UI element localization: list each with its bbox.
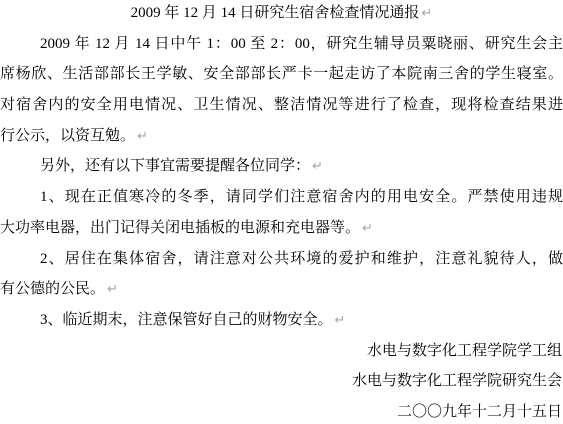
paragraph-mark: ↵ xyxy=(135,129,148,144)
document-title: 2009 年 12 月 14 日研究生宿舍检查情况通报↵ xyxy=(0,0,563,29)
body-text: 2009 年 12 月 14 日中午 1：00 至 2：00，研究生辅导员粟晓丽… xyxy=(40,36,563,52)
body-text: 大功率电器，出门记得关闭电插板的电源和充电器等。 xyxy=(0,220,360,236)
paragraph-mark: ↵ xyxy=(310,159,323,174)
signature-line-graduate-union: 水电与数字化工程学院研究生会 xyxy=(0,366,563,397)
date-text: 二〇〇九年十二月十五日 xyxy=(397,404,562,420)
body-line: 另外，还有以下事宜需要提醒各位同学：↵ xyxy=(0,151,563,182)
paragraph-mark: ↵ xyxy=(360,221,373,236)
body-line: 席杨欣、生活部部长王学敏、安全部部长严卡一起走访了本院南三舍的学生寝室。 xyxy=(0,59,563,90)
paragraph-mark: ↵ xyxy=(105,282,118,297)
list-item-3-line: 3、临近期末，注意保管好自己的财物安全。↵ xyxy=(0,305,563,336)
paragraph-mark: ↵ xyxy=(419,6,432,21)
title-text: 2009 年 12 月 14 日研究生宿舍检查情况通报 xyxy=(131,5,420,21)
body-text: 席杨欣、生活部部长王学敏、安全部部长严卡一起走访了本院南三舍的学生寝室。 xyxy=(0,66,563,82)
body-text: 另外，还有以下事宜需要提醒各位同学： xyxy=(40,158,310,174)
paragraph-mark: ↵ xyxy=(333,313,346,328)
body-line: 2009 年 12 月 14 日中午 1：00 至 2：00，研究生辅导员粟晓丽… xyxy=(0,29,563,60)
signature-text: 水电与数字化工程学院研究生会 xyxy=(352,373,562,389)
body-text: 行公示，以资互勉。 xyxy=(0,128,135,144)
list-item-1-line: 大功率电器，出门记得关闭电插板的电源和充电器等。↵ xyxy=(0,213,563,244)
body-text: 1、现在正值寒冷的冬季，请同学们注意宿舍内的用电安全。严禁使用违规 xyxy=(40,189,563,205)
list-item-2-line: 2、居住在集体宿舍，请注意对公共环境的爱护和维护，注意礼貌待人，做 xyxy=(0,244,563,275)
signature-line-student-affairs: 水电与数字化工程学院学工组 xyxy=(0,336,563,367)
body-text: 3、临近期末，注意保管好自己的财物安全。 xyxy=(40,312,333,328)
document-page: 2009 年 12 月 14 日研究生宿舍检查情况通报↵ 2009 年 12 月… xyxy=(0,0,563,422)
body-text: 有公德的公民。 xyxy=(0,281,105,297)
list-item-1-line: 1、现在正值寒冷的冬季，请同学们注意宿舍内的用电安全。严禁使用违规 xyxy=(0,182,563,213)
date-line: 二〇〇九年十二月十五日 xyxy=(0,397,563,422)
signature-text: 水电与数字化工程学院学工组 xyxy=(367,343,562,359)
body-text: 对宿舍内的安全用电情况、卫生情况、整洁情况等进行了检查，现将检查结果进 xyxy=(0,97,563,113)
body-line: 对宿舍内的安全用电情况、卫生情况、整洁情况等进行了检查，现将检查结果进 xyxy=(0,90,563,121)
body-line: 行公示，以资互勉。↵ xyxy=(0,121,563,152)
list-item-2-line: 有公德的公民。↵ xyxy=(0,274,563,305)
body-text: 2、居住在集体宿舍，请注意对公共环境的爱护和维护，注意礼貌待人，做 xyxy=(40,251,563,267)
